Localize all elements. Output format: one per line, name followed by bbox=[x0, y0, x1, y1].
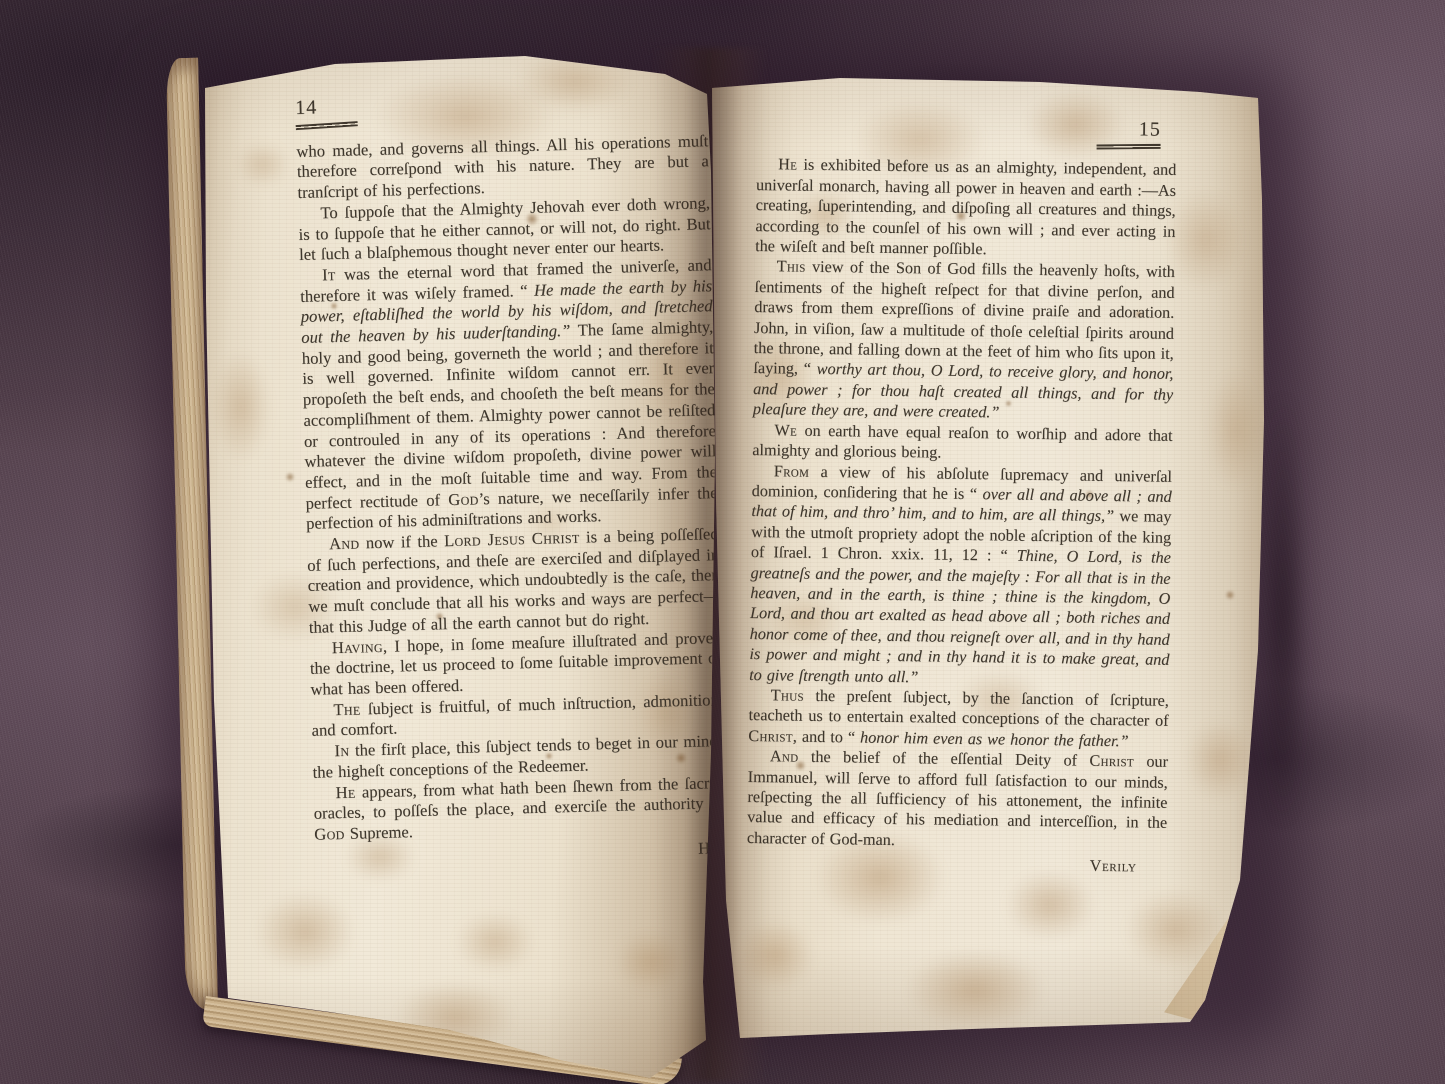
paragraph: To ſuppoſe that the Almighty Jehovah eve… bbox=[298, 193, 711, 266]
gutter-shadow bbox=[652, 48, 768, 1082]
text-segment: To ſuppoſe that the Almighty Jehovah eve… bbox=[298, 193, 710, 264]
header-rule bbox=[1097, 144, 1161, 150]
text-segment: worthy art thou, O Lord, to receive glor… bbox=[753, 360, 1174, 421]
paragraph: And the belief of the eſſential Deity of… bbox=[747, 746, 1168, 854]
foxing-stain bbox=[455, 912, 535, 972]
text-segment: on earth have equal reaſon to worſhip an… bbox=[752, 421, 1172, 461]
foxing-stain bbox=[235, 142, 290, 187]
foxing-stain bbox=[1185, 720, 1255, 800]
page-number: 15 bbox=[1139, 119, 1161, 140]
right-page-text: 15 He is exhibited before us as an almig… bbox=[746, 114, 1177, 877]
text-segment: God bbox=[314, 824, 345, 844]
foxing-stain bbox=[905, 950, 1045, 1030]
text-segment: He bbox=[335, 782, 355, 802]
paragraph: He is exhibited before us as an almighty… bbox=[755, 154, 1176, 262]
left-page: 14 who made, and governs all things. All… bbox=[195, 52, 717, 1084]
foxing-stain bbox=[1205, 370, 1265, 490]
text-segment: The bbox=[333, 699, 361, 719]
text-segment: Having bbox=[332, 636, 384, 656]
foxing-stain bbox=[1165, 190, 1245, 290]
text-segment: the preſent ſubject, by the ſanction of … bbox=[748, 687, 1168, 730]
text-segment: Lord Jesus Christ bbox=[444, 528, 580, 551]
text-segment: We bbox=[774, 421, 797, 439]
text-segment: who made, and governs all things. All hi… bbox=[296, 131, 709, 202]
foxing-stain bbox=[211, 352, 271, 462]
text-segment: Supreme. bbox=[344, 822, 413, 843]
text-segment: And bbox=[770, 747, 799, 765]
text-segment: This bbox=[777, 258, 806, 276]
paragraph: We on earth have equal reaſon to worſhip… bbox=[752, 420, 1173, 467]
page-number: 14 bbox=[295, 87, 707, 118]
foxing-stain bbox=[255, 892, 355, 972]
text-segment: Thus bbox=[771, 686, 804, 704]
catchword: Verily bbox=[746, 851, 1166, 877]
right-page-paragraphs: He is exhibited before us as an almighty… bbox=[747, 154, 1177, 854]
foxing-stain bbox=[1005, 870, 1095, 940]
text-segment: God bbox=[448, 489, 479, 509]
foxing-speck bbox=[285, 472, 295, 482]
paragraph: This view of the Son of God fills the he… bbox=[753, 256, 1175, 425]
text-segment: Thine, O Lord, is the greatneſs and the … bbox=[749, 547, 1171, 686]
left-page-header: 14 bbox=[295, 87, 708, 128]
text-segment: And bbox=[329, 534, 360, 554]
text-segment: the belief of the eſſential Deity of bbox=[798, 748, 1089, 770]
paragraph: Thus the preſent ſubject, by the ſanctio… bbox=[748, 685, 1169, 752]
text-segment: honor him even as we honor the father.” bbox=[860, 728, 1129, 750]
text-segment: It bbox=[322, 265, 336, 284]
text-segment: now if the bbox=[359, 531, 444, 552]
paragraph: who made, and governs all things. All hi… bbox=[296, 131, 709, 204]
text-segment: He bbox=[778, 156, 797, 174]
header-rule bbox=[296, 121, 358, 130]
text-segment: is exhibited before us as an almighty, i… bbox=[755, 156, 1176, 258]
right-page: 15 He is exhibited before us as an almig… bbox=[705, 70, 1267, 1055]
text-segment: Christ bbox=[1089, 752, 1134, 771]
text-segment: In bbox=[334, 741, 349, 760]
text-segment: From bbox=[774, 462, 810, 480]
book-photograph: 14 who made, and governs all things. All… bbox=[0, 0, 1445, 1084]
text-segment: , and to “ bbox=[793, 727, 861, 746]
paragraph: From a view of his abſolute ſupremacy an… bbox=[749, 460, 1172, 690]
right-page-header: 15 bbox=[757, 114, 1161, 150]
foxing-speck bbox=[1225, 590, 1235, 600]
